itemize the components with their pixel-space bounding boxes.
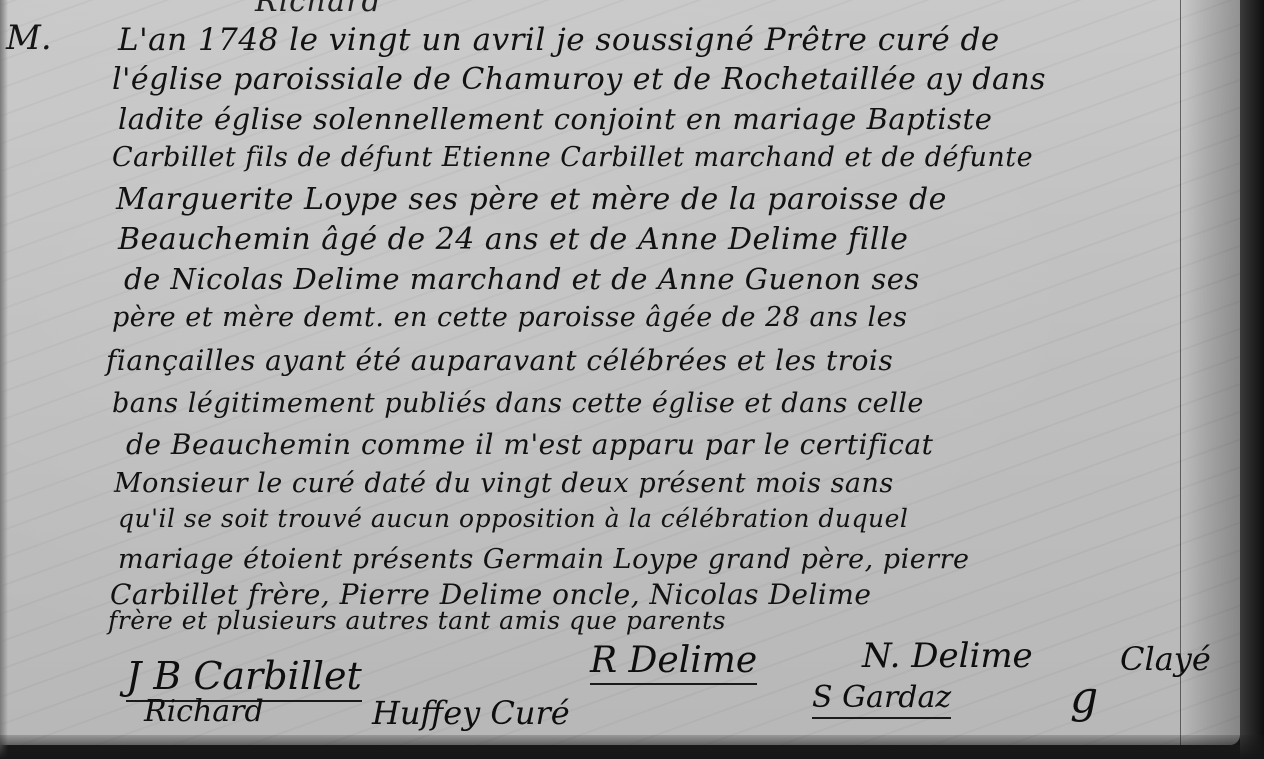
signature-r-delime: R Delime bbox=[590, 640, 757, 685]
signature-claye: Clayé bbox=[1120, 640, 1211, 678]
signature-mark-g: g bbox=[1070, 672, 1098, 723]
margin-mark: M. bbox=[6, 18, 52, 58]
record-line-8: père et mère demt. en cette paroisse âgé… bbox=[112, 302, 907, 333]
scan-shadow-bottom bbox=[0, 735, 1264, 759]
record-line-1: L'an 1748 le vingt un avril je soussigné… bbox=[118, 22, 1000, 58]
header-fragment-text: Richard bbox=[255, 0, 382, 19]
record-line-6: Beauchemin âgé de 24 ans et de Anne Deli… bbox=[118, 222, 908, 257]
record-line-13: qu'il se soit trouvé aucun opposition à … bbox=[118, 504, 908, 533]
record-line-3: ladite église solennellement conjoint en… bbox=[118, 102, 992, 136]
scan-shadow-right bbox=[1240, 0, 1264, 759]
page-edge-fold bbox=[1180, 0, 1241, 745]
signature-richard: Richard bbox=[144, 694, 264, 729]
record-line-7: de Nicolas Delime marchand et de Anne Gu… bbox=[124, 262, 920, 296]
record-line-10: bans légitimement publiés dans cette égl… bbox=[112, 388, 924, 419]
record-line-5: Marguerite Loype ses père et mère de la … bbox=[116, 182, 947, 217]
signature-n-delime: N. Delime bbox=[862, 636, 1033, 676]
record-line-2: l'église paroissiale de Chamuroy et de R… bbox=[112, 62, 1046, 97]
manuscript-page: Richard M. L'an 1748 le vingt un avril j… bbox=[0, 0, 1240, 745]
page-binding-edge bbox=[0, 0, 8, 759]
signature-huffey-cure: Huffey Curé bbox=[372, 694, 570, 732]
signature-s-gardaz: S Gardaz bbox=[812, 680, 951, 719]
record-line-9: fiançailles ayant été auparavant célébré… bbox=[106, 344, 893, 377]
record-line-12: Monsieur le curé daté du vingt deux prés… bbox=[114, 468, 894, 499]
record-line-11: de Beauchemin comme il m'est apparu par … bbox=[126, 428, 933, 461]
record-line-14: mariage étoient présents Germain Loype g… bbox=[118, 544, 969, 575]
record-line-4: Carbillet fils de défunt Etienne Carbill… bbox=[112, 142, 1033, 173]
record-line-16: frère et plusieurs autres tant amis que … bbox=[108, 606, 726, 635]
